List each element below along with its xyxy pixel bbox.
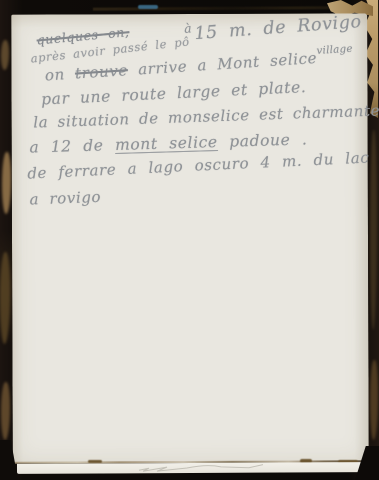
- line8-text: a rovigo: [29, 188, 101, 209]
- struck-text: trouve: [75, 61, 129, 82]
- binding-wear-spot: [1, 40, 9, 70]
- handwriting-line4: par une route large et plate.: [41, 78, 307, 108]
- handwriting-line1: à15 m. de Rovigo: [182, 9, 363, 45]
- binding-wear-spot: [370, 360, 378, 440]
- underlined-text: mont selice: [115, 133, 218, 154]
- handwriting-line8: a rovigo: [29, 188, 101, 209]
- line6-pre: a 12 de: [29, 136, 115, 157]
- underlying-page-edge: [17, 462, 365, 474]
- binding-wear-spot: [0, 252, 10, 344]
- line3-text: arrive a Mont selice: [127, 49, 317, 79]
- superscript-word: village: [316, 44, 353, 57]
- manuscript-page: quelques on, à15 m. de Rovigo après avoi…: [11, 13, 369, 463]
- line6-post: padoue .: [217, 130, 307, 151]
- underpage-scribble: [137, 464, 277, 474]
- binding-wear-spot: [2, 152, 11, 214]
- binding-wear-spot: [1, 382, 10, 440]
- binding-smear: [93, 6, 348, 11]
- line3-pre: on: [44, 65, 75, 85]
- blue-paint-speck: [138, 5, 158, 9]
- binding-wear-spot: [370, 130, 377, 330]
- line4-text: par une route large et plate.: [41, 78, 307, 108]
- line1-text: 15 m. de Rovigo: [194, 12, 363, 44]
